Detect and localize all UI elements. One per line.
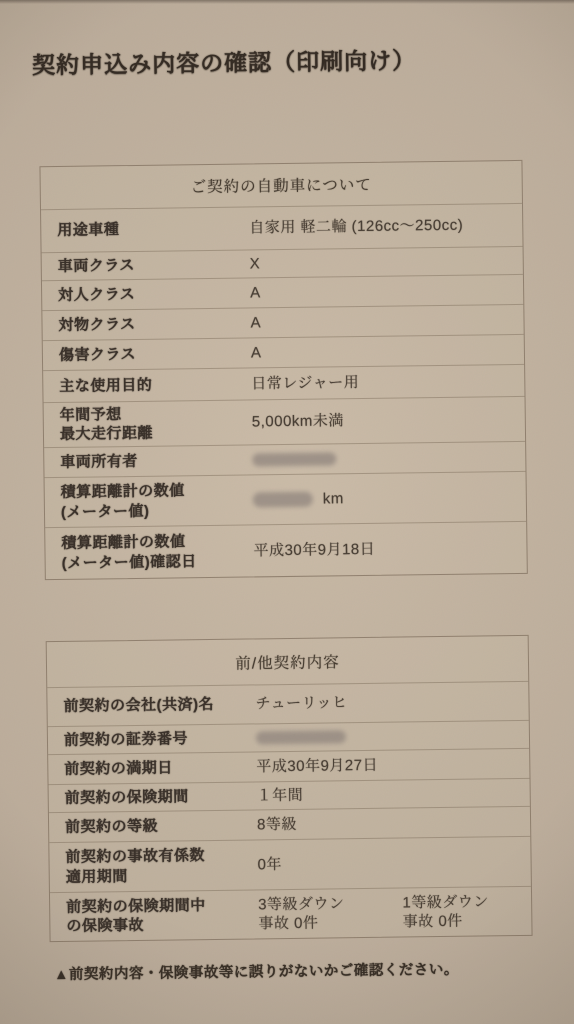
row-value: チューリッヒ <box>255 691 528 714</box>
row-label: 前契約の事故有係数 適用期間 <box>49 845 257 887</box>
redaction-smudge <box>252 453 336 467</box>
row-value: 5,000km未満 <box>252 409 525 432</box>
document-photo: 契約申込み内容の確認（印刷向け） ご契約の自動車について 用途車種 自家用 軽二… <box>0 0 574 1024</box>
row-value: 平成30年9月18日 <box>253 538 526 561</box>
table-row: 前契約の事故有係数 適用期間 0年 <box>49 836 531 892</box>
redaction-smudge <box>253 492 313 508</box>
row-value: km <box>253 487 526 510</box>
document-page: 契約申込み内容の確認（印刷向け） ご契約の自動車について 用途車種 自家用 軽二… <box>0 0 574 1024</box>
row-value: A <box>250 280 523 303</box>
accident-count-3down: 3等級ダウン 事故 0件 <box>258 894 345 934</box>
row-label: 前契約の保険期間中 の保険事故 <box>50 895 258 937</box>
table-row: 積算距離計の数値 (メーター値)確認日 平成30年9月18日 <box>45 521 527 579</box>
table-row: 年間予想 最大走行距離 5,000km未満 <box>44 396 526 447</box>
previous-contract-table: 前/他契約内容 前契約の会社(共済)名 チューリッヒ 前契約の証券番号 前契約の… <box>46 635 533 942</box>
row-value: 3等級ダウン 事故 0件 1等級ダウン 事故 0件 <box>258 891 531 934</box>
table-row: 用途車種 自家用 軽二輪 (126cc～250cc) <box>41 203 523 252</box>
row-label: 前契約の証券番号 <box>48 728 256 750</box>
odometer-unit: km <box>323 490 344 507</box>
row-value <box>256 725 529 748</box>
row-label: 対物クラス <box>42 313 250 335</box>
row-label: 車両クラス <box>42 254 250 276</box>
row-label: 前契約の等級 <box>49 815 257 837</box>
row-value: １年間 <box>257 783 530 806</box>
table-row: 積算距離計の数値 (メーター値) km <box>45 471 527 527</box>
row-label: 主な使用目的 <box>43 374 251 396</box>
row-label: 積算距離計の数値 (メーター値)確認日 <box>45 531 253 573</box>
redaction-smudge <box>256 731 346 745</box>
row-value: 0年 <box>257 852 530 875</box>
vehicle-table-header: ご契約の自動車について <box>40 161 522 209</box>
page-title: 契約申込み内容の確認（印刷向け） <box>32 41 532 81</box>
row-label: 積算距離計の数値 (メーター値) <box>45 480 253 522</box>
row-value: A <box>251 340 524 363</box>
row-value: X <box>250 251 523 274</box>
row-label: 車両所有者 <box>44 450 252 472</box>
table-row: 前契約の会社(共済)名 チューリッヒ <box>47 681 528 726</box>
row-value <box>252 447 525 470</box>
accident-count-1down: 1等級ダウン 事故 0件 <box>402 892 489 932</box>
row-label: 対人クラス <box>42 283 250 305</box>
table-row: 前契約の保険期間中 の保険事故 3等級ダウン 事故 0件 1等級ダウン 事故 0… <box>50 886 532 941</box>
row-label: 用途車種 <box>41 219 249 241</box>
row-label: 前契約の会社(共済)名 <box>47 695 255 717</box>
vehicle-info-table: ご契約の自動車について 用途車種 自家用 軽二輪 (126cc～250cc) 車… <box>39 160 527 580</box>
row-label: 前契約の満期日 <box>48 757 256 779</box>
row-label: 傷害クラス <box>43 343 251 365</box>
row-value: 自家用 軽二輪 (126cc～250cc) <box>249 215 522 238</box>
row-value: A <box>250 310 523 333</box>
footer-confirmation-note: ▲前契約内容・保険事故等に誤りがないかご確認ください。 <box>54 957 554 985</box>
row-label: 前契約の保険期間 <box>49 786 257 808</box>
row-value: 日常レジャー用 <box>251 371 524 394</box>
row-value: 平成30年9月27日 <box>256 754 529 777</box>
row-label: 年間予想 最大走行距離 <box>44 403 252 445</box>
previous-contract-table-header: 前/他契約内容 <box>47 636 529 687</box>
row-value: 8等級 <box>257 812 530 835</box>
